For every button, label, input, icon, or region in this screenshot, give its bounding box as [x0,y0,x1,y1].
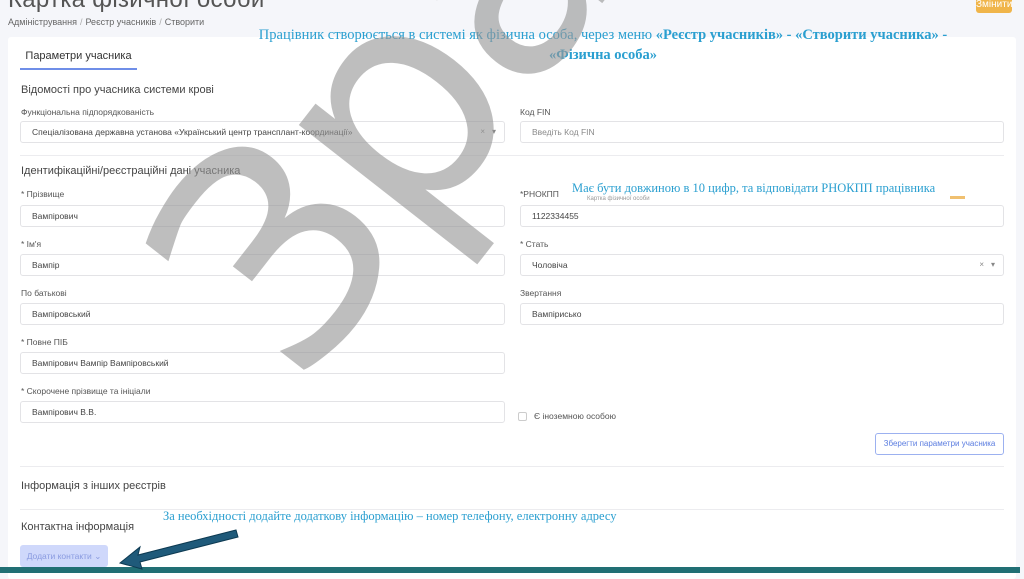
short-name-input[interactable]: Вампірович В.В. [20,401,505,423]
full-name-label: * Повне ПІБ [21,337,68,347]
gender-label: * Стать [520,239,548,249]
name-input[interactable]: Вампір [20,254,505,276]
obscured-hint: Картка фізичної особи [587,196,650,202]
breadcrumb-item-create: Створити [165,17,205,27]
fin-label: Код FIN [520,107,551,117]
gender-select[interactable]: Чоловіча ×▾ [520,254,1004,276]
annotation-main-text: Працівник створюється в системі як фізич… [259,27,656,43]
breadcrumb: Адміністрування/Реєстр учасників/Створит… [8,17,204,27]
annotation-contacts: За необхідності додайте додаткову інформ… [163,509,617,524]
section-title-other-registries[interactable]: Інформація з інших реєстрів [21,480,166,492]
add-contacts-label: Додати контакти [27,551,92,561]
divider [20,466,1004,467]
fin-input[interactable]: Введіть Код FIN [520,121,1004,143]
breadcrumb-item-registry[interactable]: Реєстр учасників [85,17,156,27]
bottom-bar [0,567,1020,573]
foreigner-label: Є іноземною особою [534,411,616,421]
functional-label: Функціональна підпорядкованість [21,107,154,117]
annotation-main: Працівник створюється в системі як фізич… [258,25,948,65]
full-name-input[interactable]: Вампірович Вампір Вампіровський [20,352,505,374]
patronymic-label: По батькові [21,288,67,298]
functional-select[interactable]: Спеціалізована державна установа «Україн… [20,121,505,143]
breadcrumb-separator: / [159,17,162,27]
section-title-blood-system: Відомості про учасника системи крові [21,84,214,96]
clear-icon[interactable]: × [979,260,984,269]
tab-participant-parameters[interactable]: Параметри учасника [20,50,137,70]
address-form-label: Звертання [520,288,561,298]
gender-value: Чоловіча [532,260,568,270]
save-parameters-button[interactable]: Зберегти параметри учасника [875,433,1004,455]
foreigner-checkbox-row[interactable]: Є іноземною особою [518,411,616,421]
foreigner-checkbox[interactable] [518,412,527,421]
divider [20,155,1004,156]
surname-label: * Прізвище [21,189,64,199]
section-title-identity: Ідентифікаційні/реєстраційні дані учасни… [21,165,240,177]
annotation-rnokpp: Має бути довжиною в 10 цифр, та відповід… [572,181,935,196]
address-form-input[interactable]: Вампірисько [520,303,1004,325]
functional-value: Спеціалізована державна установа «Україн… [32,127,352,137]
rnokpp-label: *РНОКПП [520,189,559,199]
breadcrumb-item-admin[interactable]: Адміністрування [8,17,77,27]
chevron-down-icon: ⌄ [94,551,101,561]
page-title: Картка фізичної особи [8,0,265,14]
breadcrumb-separator: / [80,17,83,27]
section-title-contacts: Контактна інформація [21,521,134,533]
chevron-down-icon[interactable]: ▾ [991,260,995,269]
obscured-button [950,196,965,199]
add-contacts-button[interactable]: Додати контакти ⌄ [20,545,108,567]
name-label: * Ім'я [21,239,41,249]
patronymic-input[interactable]: Вампіровський [20,303,505,325]
short-name-label: * Скорочене прізвище та ініціали [21,386,150,396]
rnokpp-input[interactable]: 1122334455 [520,205,1004,227]
chevron-down-icon[interactable]: ▾ [492,127,496,136]
edit-button[interactable]: Змінити [976,0,1012,13]
clear-icon[interactable]: × [480,127,485,136]
surname-input[interactable]: Вампірович [20,205,505,227]
